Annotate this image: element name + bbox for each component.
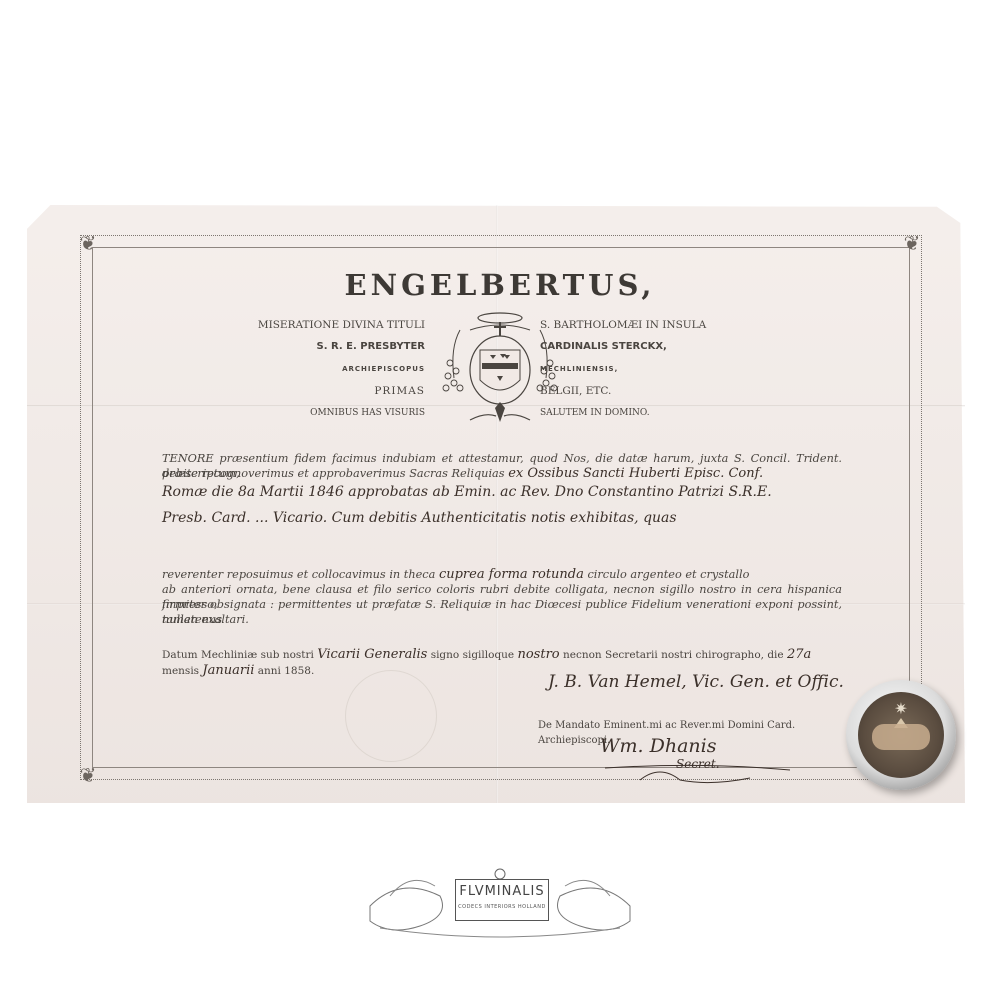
star-icon: ✷ [892,700,910,718]
reliquary-theca: ✷ [846,680,956,790]
corner-ornament-icon: ❦ [76,231,100,255]
vicar-signature: J. B. Van Hemel, Vic. Gen. et Offic. [548,672,844,692]
heading-left-2: S. R. E. PRESBYTER [317,336,426,358]
handwritten-cardinal-line: Presb. Card. ... Vicario. Cum debitis Au… [162,510,677,526]
coat-of-arms-icon [440,308,560,440]
heading-left-4: PRIMAS [374,380,425,402]
body-line-5: reverenter reposuimus et collocavimus in… [162,567,842,582]
embossed-seal [345,670,437,762]
signature-flourish-icon [600,760,800,784]
body-line-8: tamen exaltari. [162,612,842,627]
handwritten-theca-description: cuprea forma rotunda [439,567,584,582]
relic-fragment [872,724,930,750]
document-title: ENGELBERTUS, [0,268,1000,302]
secretary-signature: Wm. Dhanis [600,735,717,757]
corner-ornament-icon: ❦ [900,231,924,255]
corner-ornament-icon: ❦ [76,763,100,787]
heading-left-5: OMNIBUS HAS VISURIS [310,402,425,424]
body-line-2: debite recognoverimus et approbaverimus … [162,466,842,481]
heading-left-3: ARCHIEPISCOPUS [342,358,425,380]
handwritten-relic-name: ex Ossibus Sancti Huberti Episc. Conf. [508,466,763,481]
logo-plate: FLVMINALIS CODECS INTERIORS HOLLAND [455,879,549,921]
heading-left-1: MISERATIONE DIVINA TITULI [258,314,425,336]
reliquary-relic-window: ✷ [858,692,944,778]
heading-right-1: S. BARTHOLOMÆI IN INSULA [540,314,706,336]
fluminalis-watermark-logo: FLVMINALIS CODECS INTERIORS HOLLAND [360,866,640,946]
dating-line-1: Datum Mechliniæ sub nostri Vicarii Gener… [162,647,842,663]
handwritten-approval-line: Romæ die 8a Martii 1846 approbatas ab Em… [162,484,772,500]
